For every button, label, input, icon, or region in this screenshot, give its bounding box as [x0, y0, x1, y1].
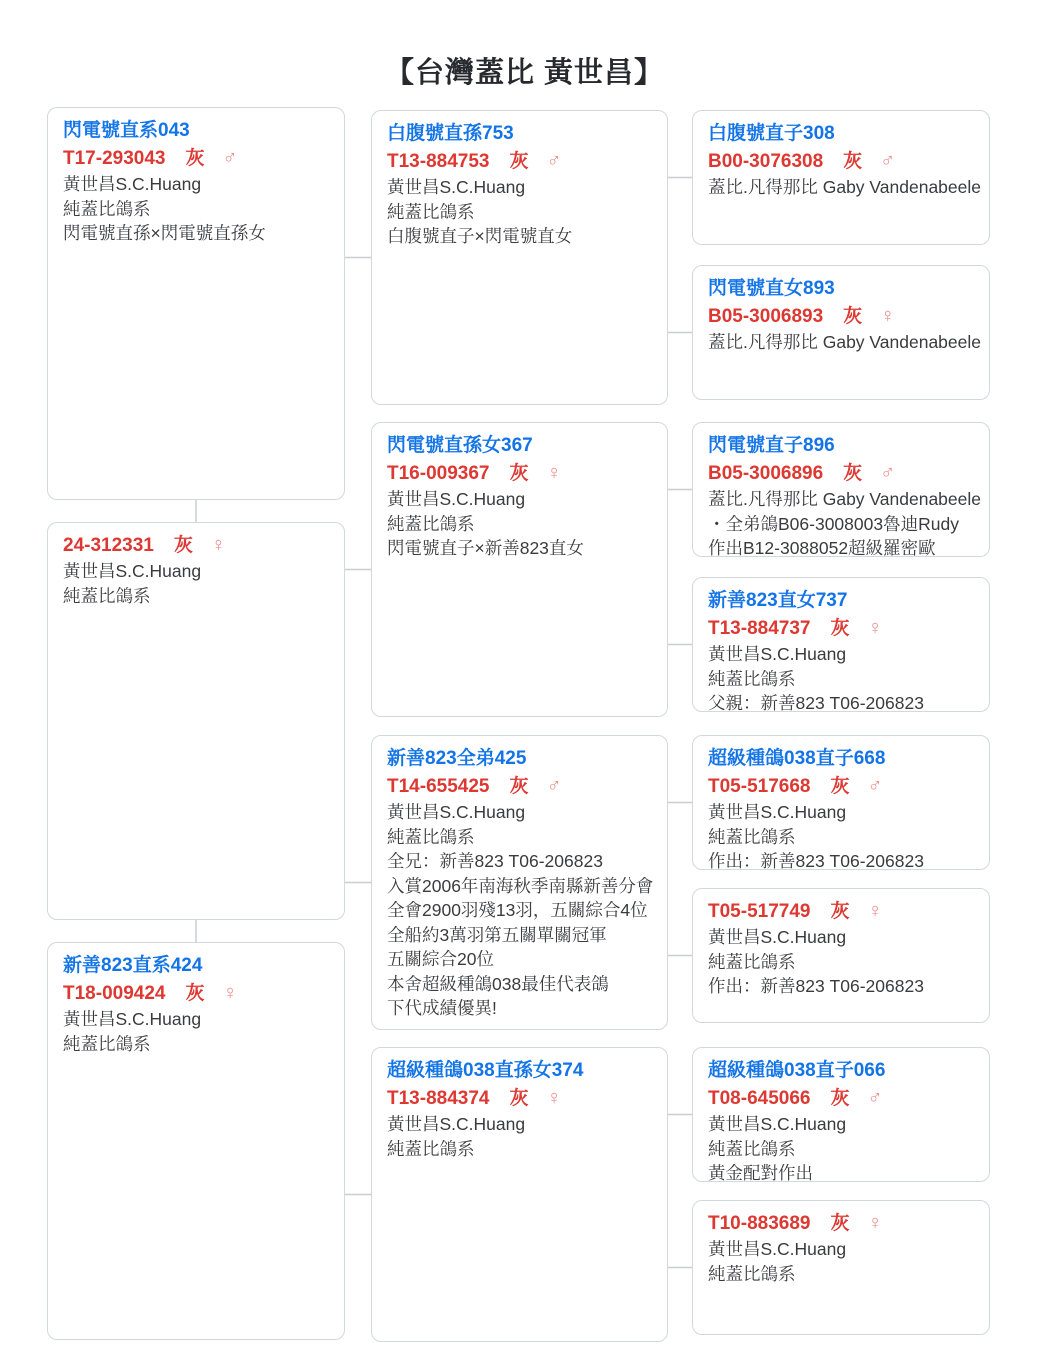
female-symbol: ♀ — [211, 534, 226, 556]
pigeon-name: 白腹號直孫753 — [387, 120, 652, 148]
loft-name: 黃世昌S.C.Huang — [708, 642, 974, 667]
result-line: 黃金配對作出 — [708, 1161, 974, 1186]
pigeon-name: 閃電號直子896 — [708, 432, 974, 460]
color-label: 灰 — [843, 463, 862, 484]
strain-line: 純蓋比鴿系 — [708, 1262, 974, 1287]
female-symbol: ♀ — [546, 1087, 561, 1109]
result-line: 入賞2006年南海秋季南縣新善分會 — [387, 874, 652, 899]
ring-row: T13-884737灰♀ — [708, 615, 974, 642]
ring-number: T16-009367 — [387, 463, 489, 484]
pigeon-name: 超級種鴿038直孫女374 — [387, 1057, 652, 1085]
sibling-line: ・全弟鴿B06-3008003魯迪Rudy — [708, 512, 974, 537]
pedigree-card-grandsire-1[interactable]: 白腹號直孫753 T13-884753灰♂ 黃世昌S.C.Huang 純蓋比鴿系… — [371, 110, 668, 405]
result-line: 全會2900羽殘13羽，五關綜合4位 — [387, 898, 652, 923]
female-symbol: ♀ — [546, 462, 561, 484]
ring-number: 24-312331 — [63, 535, 154, 556]
page-title: 【台灣蓋比 黃世昌】 — [0, 50, 1049, 91]
color-label: 灰 — [509, 1088, 528, 1109]
ring-row: T13-884753灰♂ — [387, 148, 652, 175]
strain-line: 純蓋比鴿系 — [387, 200, 652, 225]
pedigree-card-ggparent-7[interactable]: 超級種鴿038直子066 T08-645066灰♂ 黃世昌S.C.Huang 純… — [692, 1047, 990, 1182]
pigeon-name: 新善823直女737 — [708, 587, 974, 615]
pedigree-card-granddam-1[interactable]: 閃電號直孫女367 T16-009367灰♀ 黃世昌S.C.Huang 純蓋比鴿… — [371, 422, 668, 717]
pedigree-card-grandsire-2[interactable]: 新善823全弟425 T14-655425灰♂ 黃世昌S.C.Huang 純蓋比… — [371, 735, 668, 1030]
ring-number: B05-3006896 — [708, 463, 823, 484]
result-line: 下代成績優異! — [387, 996, 652, 1021]
color-label: 灰 — [509, 151, 528, 172]
ring-row: T13-884374灰♀ — [387, 1085, 652, 1112]
ring-number: T17-293043 — [63, 148, 165, 169]
result-line: 五關綜合20位 — [387, 947, 652, 972]
loft-name: 黃世昌S.C.Huang — [708, 1112, 974, 1137]
strain-line: 純蓋比鴿系 — [387, 512, 652, 537]
ring-row: T18-009424灰♀ — [63, 980, 329, 1007]
male-symbol: ♂ — [867, 775, 882, 797]
ring-row: T05-517749灰♀ — [708, 898, 974, 925]
female-symbol: ♀ — [880, 305, 895, 327]
male-symbol: ♂ — [880, 462, 895, 484]
color-label: 灰 — [843, 151, 862, 172]
male-symbol: ♂ — [222, 147, 237, 169]
pigeon-name: 閃電號直孫女367 — [387, 432, 652, 460]
strain-line: 純蓋比鴿系 — [63, 197, 329, 222]
result-line: 作出：新善823 T06-206823 — [708, 849, 974, 874]
female-symbol: ♀ — [867, 617, 882, 639]
ring-number: T05-517749 — [708, 901, 810, 922]
pedigree-card-mother[interactable]: 新善823直系424 T18-009424灰♀ 黃世昌S.C.Huang 純蓋比… — [47, 942, 345, 1340]
pedigree-card-granddam-2[interactable]: 超級種鴿038直孫女374 T13-884374灰♀ 黃世昌S.C.Huang … — [371, 1047, 668, 1342]
ring-row: T17-293043灰♂ — [63, 145, 329, 172]
pigeon-name: 閃電號直女893 — [708, 275, 974, 303]
pedigree-card-ggparent-8[interactable]: T10-883689灰♀ 黃世昌S.C.Huang 純蓋比鴿系 — [692, 1200, 990, 1335]
parentage-line: 白腹號直子×閃電號直女 — [387, 224, 652, 249]
color-label: 灰 — [830, 1213, 849, 1234]
pedigree-card-father[interactable]: 閃電號直系043 T17-293043灰♂ 黃世昌S.C.Huang 純蓋比鴿系… — [47, 107, 345, 500]
color-label: 灰 — [830, 618, 849, 639]
color-label: 灰 — [509, 463, 528, 484]
ring-number: T13-884374 — [387, 1088, 489, 1109]
pigeon-name: 閃電號直系043 — [63, 117, 329, 145]
female-symbol: ♀ — [867, 1212, 882, 1234]
male-symbol: ♂ — [880, 150, 895, 172]
parentage-line: 閃電號直子×新善823直女 — [387, 536, 652, 561]
pedigree-chart: 【台灣蓋比 黃世昌】 閃電號直系043 T17-293043灰♂ 黃世昌S.C.… — [0, 0, 1049, 1358]
loft-name: 蓋比.凡得那比 Gaby Vandenabeele — [708, 175, 974, 200]
pigeon-name: 超級種鴿038直子668 — [708, 745, 974, 773]
parentage-line: 父親：新善823 T06-206823 — [708, 691, 974, 716]
pedigree-card-ggparent-2[interactable]: 閃電號直女893 B05-3006893灰♀ 蓋比.凡得那比 Gaby Vand… — [692, 265, 990, 400]
loft-name: 黃世昌S.C.Huang — [708, 925, 974, 950]
pigeon-name: 新善823直系424 — [63, 952, 329, 980]
color-label: 灰 — [185, 983, 204, 1004]
loft-name: 黃世昌S.C.Huang — [63, 172, 329, 197]
loft-name: 黃世昌S.C.Huang — [63, 559, 329, 584]
ring-number: B00-3076308 — [708, 151, 823, 172]
parentage-line: 閃電號直孫×閃電號直孫女 — [63, 221, 329, 246]
strain-line: 純蓋比鴿系 — [387, 825, 652, 850]
ring-row: T14-655425灰♂ — [387, 773, 652, 800]
ring-number: T18-009424 — [63, 983, 165, 1004]
color-label: 灰 — [185, 148, 204, 169]
result-line: 全船約3萬羽第五關單關冠軍 — [387, 923, 652, 948]
ring-row: T08-645066灰♂ — [708, 1085, 974, 1112]
pigeon-name: 新善823全弟425 — [387, 745, 652, 773]
male-symbol: ♂ — [546, 775, 561, 797]
color-label: 灰 — [830, 901, 849, 922]
ring-row: T05-517668灰♂ — [708, 773, 974, 800]
result-line: 作出：新善823 T06-206823 — [708, 974, 974, 999]
pedigree-card-ggparent-4[interactable]: 新善823直女737 T13-884737灰♀ 黃世昌S.C.Huang 純蓋比… — [692, 577, 990, 712]
ring-row: T16-009367灰♀ — [387, 460, 652, 487]
ring-row: 24-312331灰♀ — [63, 532, 329, 559]
ring-number: T08-645066 — [708, 1088, 810, 1109]
loft-name: 黃世昌S.C.Huang — [387, 1112, 652, 1137]
ring-number: T13-884737 — [708, 618, 810, 639]
result-line: 作出B12-3088052超級羅密歐 — [708, 536, 974, 561]
strain-line: 純蓋比鴿系 — [708, 667, 974, 692]
female-symbol: ♀ — [222, 982, 237, 1004]
pigeon-name: 白腹號直子308 — [708, 120, 974, 148]
loft-name: 黃世昌S.C.Huang — [387, 487, 652, 512]
ring-number: T10-883689 — [708, 1213, 810, 1234]
pigeon-name: 超級種鴿038直子066 — [708, 1057, 974, 1085]
loft-name: 黃世昌S.C.Huang — [387, 800, 652, 825]
strain-line: 純蓋比鴿系 — [63, 1032, 329, 1057]
female-symbol: ♀ — [867, 900, 882, 922]
loft-name: 蓋比.凡得那比 Gaby Vandenabeele — [708, 330, 974, 355]
strain-line: 純蓋比鴿系 — [708, 950, 974, 975]
pedigree-card-ggparent-3[interactable]: 閃電號直子896 B05-3006896灰♂ 蓋比.凡得那比 Gaby Vand… — [692, 422, 990, 557]
ring-row: B00-3076308灰♂ — [708, 148, 974, 175]
loft-name: 蓋比.凡得那比 Gaby Vandenabeele — [708, 487, 974, 512]
ring-number: T05-517668 — [708, 776, 810, 797]
ring-number: B05-3006893 — [708, 306, 823, 327]
ring-number: T13-884753 — [387, 151, 489, 172]
pedigree-card-ggparent-6[interactable]: T05-517749灰♀ 黃世昌S.C.Huang 純蓋比鴿系 作出：新善823… — [692, 888, 990, 1023]
strain-line: 純蓋比鴿系 — [708, 825, 974, 850]
color-label: 灰 — [509, 776, 528, 797]
male-symbol: ♂ — [546, 150, 561, 172]
loft-name: 黃世昌S.C.Huang — [63, 1007, 329, 1032]
strain-line: 純蓋比鴿系 — [387, 1137, 652, 1162]
strain-line: 純蓋比鴿系 — [63, 584, 329, 609]
sibling-line: 全兄：新善823 T06-206823 — [387, 849, 652, 874]
loft-name: 黃世昌S.C.Huang — [708, 1237, 974, 1262]
result-line: 本舍超級種鴿038最佳代表鴿 — [387, 972, 652, 997]
ring-number: T14-655425 — [387, 776, 489, 797]
male-symbol: ♂ — [867, 1087, 882, 1109]
color-label: 灰 — [830, 776, 849, 797]
color-label: 灰 — [174, 535, 193, 556]
pedigree-card-ggparent-1[interactable]: 白腹號直子308 B00-3076308灰♂ 蓋比.凡得那比 Gaby Vand… — [692, 110, 990, 245]
ring-row: B05-3006893灰♀ — [708, 303, 974, 330]
color-label: 灰 — [843, 306, 862, 327]
loft-name: 黃世昌S.C.Huang — [708, 800, 974, 825]
pedigree-card-ggparent-5[interactable]: 超級種鴿038直子668 T05-517668灰♂ 黃世昌S.C.Huang 純… — [692, 735, 990, 870]
ring-row: T10-883689灰♀ — [708, 1210, 974, 1237]
color-label: 灰 — [830, 1088, 849, 1109]
pedigree-card-subject[interactable]: 24-312331灰♀ 黃世昌S.C.Huang 純蓋比鴿系 — [47, 522, 345, 920]
strain-line: 純蓋比鴿系 — [708, 1137, 974, 1162]
loft-name: 黃世昌S.C.Huang — [387, 175, 652, 200]
ring-row: B05-3006896灰♂ — [708, 460, 974, 487]
